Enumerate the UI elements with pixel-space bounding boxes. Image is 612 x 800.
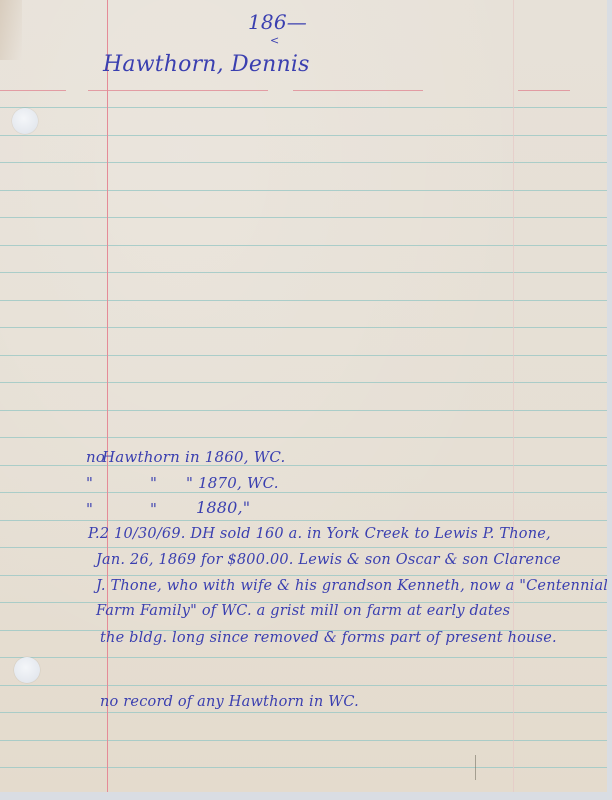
- page-number: 186—: [248, 10, 307, 34]
- header-rule: [518, 90, 570, 91]
- census-note-1880: 1880,": [196, 498, 250, 517]
- ruled-line: [0, 382, 607, 383]
- census-note-1870: " 1870, WC.: [186, 474, 279, 492]
- ruled-line: [0, 190, 607, 191]
- ruled-line: [0, 300, 607, 301]
- ruled-line: [0, 740, 607, 741]
- hole-punch-top: [12, 108, 38, 134]
- census-note-1860: Hawthorn in 1860, WC.: [102, 448, 285, 466]
- census-note-ditto: ": [86, 500, 93, 518]
- ruled-line: [0, 410, 607, 411]
- ruled-line: [0, 492, 607, 493]
- left-margin-line: [107, 0, 108, 792]
- ruled-line: [0, 245, 607, 246]
- body-line: Jan. 26, 1869 for $800.00. Lewis & son O…: [96, 552, 561, 568]
- body-line: the bldg. long since removed & forms par…: [100, 630, 557, 646]
- ruled-line: [0, 437, 607, 438]
- body-line: Farm Family" of WC. a grist mill on farm…: [96, 603, 510, 619]
- body-line: J. Thone, who with wife & his grandson K…: [96, 578, 607, 594]
- ruled-line: [0, 327, 607, 328]
- ruled-line: [0, 767, 607, 768]
- ruled-line: [0, 575, 607, 576]
- header-rule: [88, 90, 268, 91]
- header-rule: [293, 90, 423, 91]
- header-rule: [0, 90, 66, 91]
- census-note-ditto: ": [150, 500, 157, 518]
- ruled-line: [0, 712, 607, 713]
- closing-note: no record of any Hawthorn in WC.: [100, 694, 359, 710]
- census-note-ditto: ": [150, 474, 157, 492]
- notebook-page: 186— < Hawthorn, Dennis no Hawthorn in 1…: [0, 0, 607, 792]
- ruled-line: [0, 685, 607, 686]
- pencil-mark: [475, 755, 476, 780]
- ruled-line: [0, 135, 607, 136]
- ruled-line: [0, 162, 607, 163]
- hole-punch-bottom: [14, 657, 40, 683]
- ruled-line: [0, 520, 607, 521]
- ruled-line: [0, 217, 607, 218]
- census-note-ditto: ": [86, 474, 93, 492]
- ruled-line: [0, 547, 607, 548]
- right-margin-line: [513, 0, 514, 792]
- body-line: P.2 10/30/69. DH sold 160 a. in York Cre…: [88, 526, 551, 542]
- ruled-line: [0, 272, 607, 273]
- page-title: Hawthorn, Dennis: [103, 52, 310, 77]
- ruled-line: [0, 657, 607, 658]
- ruled-line: [0, 355, 607, 356]
- ruled-line: [0, 107, 607, 108]
- page-mark: <: [270, 34, 279, 47]
